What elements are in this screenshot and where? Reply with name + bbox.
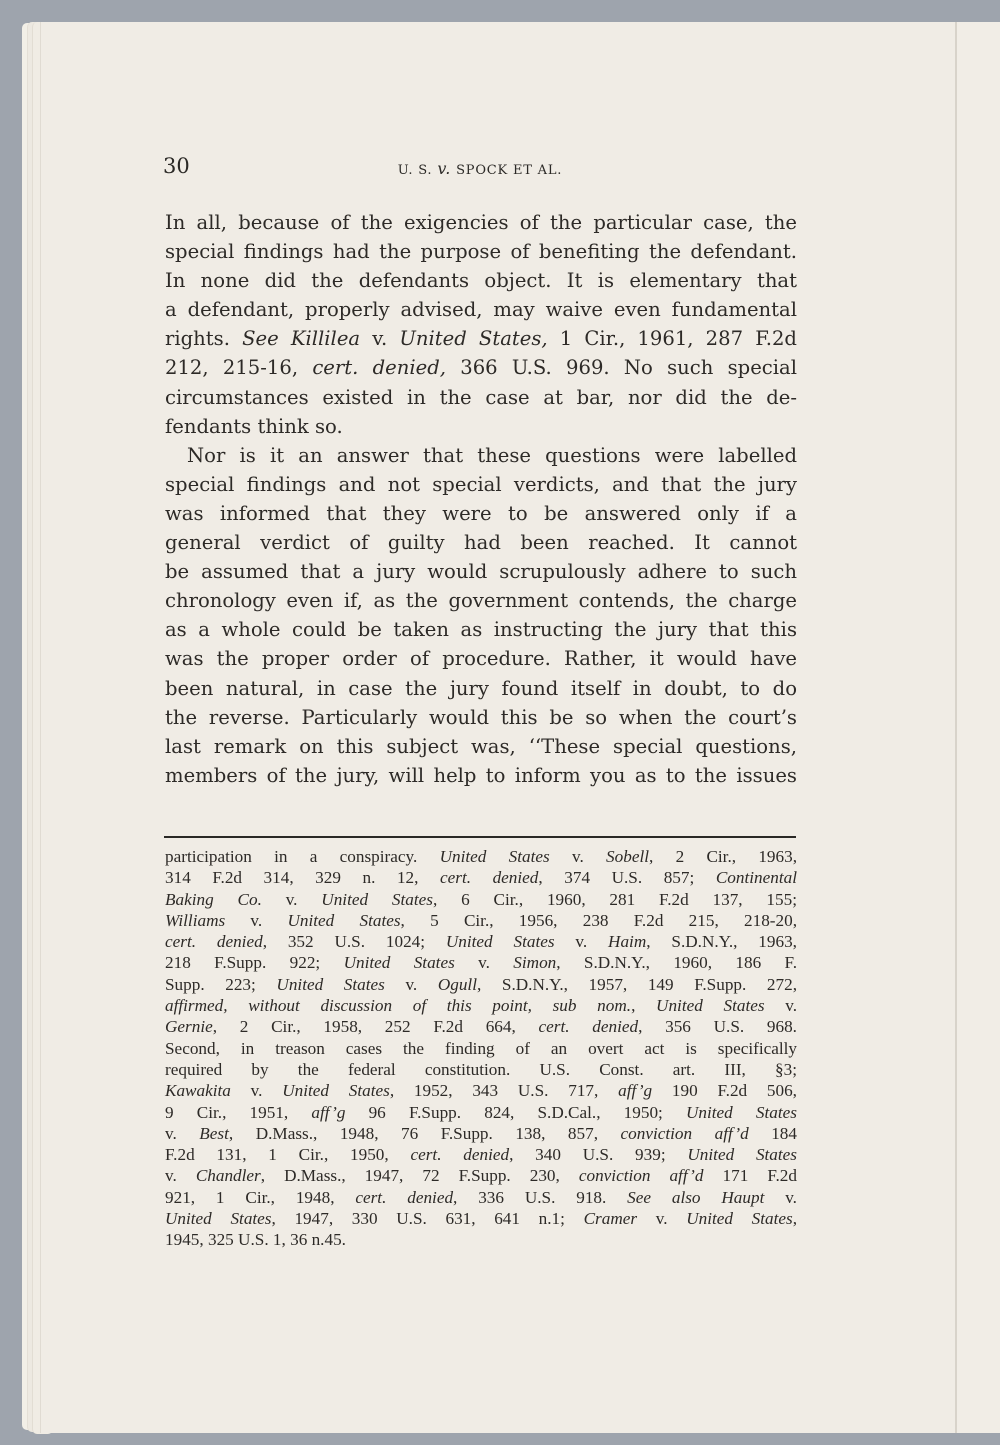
text: , <box>793 1209 797 1228</box>
italic-text: Williams <box>165 911 225 930</box>
text: general verdict of guilty had been reach… <box>165 531 797 554</box>
italic-text: Simon <box>513 953 556 972</box>
text: , 374 U.S. 857; <box>538 868 715 887</box>
text: 921, 1 Cir., 1948, <box>165 1188 355 1207</box>
body-line: general verdict of guilty had been reach… <box>165 528 797 557</box>
footnote-line: participation in a conspiracy. United St… <box>165 846 797 867</box>
text: , 1947, 330 U.S. 631, 641 n.1; <box>272 1209 584 1228</box>
body-line: circumstances existed in the case at bar… <box>165 383 797 412</box>
italic-text: United States <box>440 847 550 866</box>
text: v. <box>262 890 321 909</box>
italic-text: Continental <box>716 868 797 887</box>
italic-text: Gernie <box>165 1017 213 1036</box>
footnote-line: Kawakita v. United States, 1952, 343 U.S… <box>165 1080 797 1101</box>
text: Second, in treason cases the finding of … <box>165 1039 797 1058</box>
text: , 2 Cir., 1963, <box>649 847 797 866</box>
text: 9 Cir., 1951, <box>165 1103 311 1122</box>
text: Nor is it an answer that these questions… <box>187 444 797 467</box>
body-line: Nor is it an answer that these questions… <box>165 441 797 470</box>
footnote-line: Supp. 223; United States v. Ogull, S.D.N… <box>165 974 797 995</box>
text: 212, 215-16, <box>165 356 312 379</box>
footnote-line: Baking Co. v. United States, 6 Cir., 196… <box>165 889 797 910</box>
body-line: as a whole could be taken as instructing… <box>165 615 797 644</box>
text: , 5 Cir., 1956, 238 F.2d 215, 218-20, <box>401 911 797 930</box>
body-line: a defendant, properly advised, may waive… <box>165 295 797 324</box>
text: special findings and not special verdict… <box>165 473 797 496</box>
body-line: In all, because of the exigencies of the… <box>165 208 797 237</box>
running-head-title: U. S. v. SPOCK ET AL. <box>163 159 797 178</box>
italic-text: Best <box>199 1124 229 1143</box>
text: the reverse. Particularly would this be … <box>165 706 797 729</box>
footnote-divider <box>164 836 796 838</box>
text: , 340 U.S. 939; <box>509 1145 687 1164</box>
text: v. <box>550 847 606 866</box>
italic-text: Baking Co. <box>165 890 262 909</box>
italic-text: Ogull <box>438 975 477 994</box>
body-line: the reverse. Particularly would this be … <box>165 703 797 732</box>
footnote-line: v. Best, D.Mass., 1948, 76 F.Supp. 138, … <box>165 1123 797 1144</box>
running-head-part: U. S. <box>398 163 438 178</box>
body-line: been natural, in case the jury found its… <box>165 674 797 703</box>
italic-text: United States, <box>399 327 547 350</box>
body-line: last remark on this subject was, ‘‘These… <box>165 732 797 761</box>
text: 1945, 325 U.S. 1, 36 n.45. <box>165 1230 346 1249</box>
italic-text: United States <box>282 1081 390 1100</box>
text: chronology even if, as the government co… <box>165 589 797 612</box>
footnote-line: 1945, 325 U.S. 1, 36 n.45. <box>165 1229 797 1250</box>
running-head: 30 U. S. v. SPOCK ET AL. <box>163 150 797 180</box>
italic-text: cert. denied <box>539 1017 639 1036</box>
text: 1 Cir., 1961, 287 F.2d <box>548 327 797 350</box>
footnote-line: required by the federal constitution. U.… <box>165 1059 797 1080</box>
text: circumstances existed in the case at bar… <box>165 386 797 409</box>
text: fendants think so. <box>165 415 343 438</box>
italic-text: United States <box>321 890 433 909</box>
text: v. <box>360 327 399 350</box>
text: , S.D.N.Y., 1957, 149 F.Supp. 272, <box>477 975 797 994</box>
text: , D.Mass., 1947, 72 F.Supp. 230, <box>261 1166 579 1185</box>
italic-text: cert. denied <box>165 932 263 951</box>
running-head-versus: v. <box>437 159 451 178</box>
text: , 1952, 343 U.S. 717, <box>390 1081 618 1100</box>
body-line: chronology even if, as the government co… <box>165 586 797 615</box>
text: , D.Mass., 1948, 76 F.Supp. 138, 857, <box>229 1124 621 1143</box>
footnote-line: Williams v. United States, 5 Cir., 1956,… <box>165 910 797 931</box>
italic-text: United States <box>686 1103 797 1122</box>
italic-text: aff’g <box>311 1103 345 1122</box>
text: v. <box>165 1166 196 1185</box>
italic-text: Sobell <box>606 847 649 866</box>
body-line: was informed that they were to be answer… <box>165 499 797 528</box>
body-line: special findings had the purpose of bene… <box>165 237 797 266</box>
text: 171 F.2d <box>704 1166 798 1185</box>
body-text: In all, because of the exigencies of the… <box>165 208 797 790</box>
text: last remark on this subject was, ‘‘These… <box>165 735 797 758</box>
footnote-line: Second, in treason cases the finding of … <box>165 1038 797 1059</box>
italic-text: aff’g <box>618 1081 652 1100</box>
body-line: be assumed that a jury would scrupulousl… <box>165 557 797 586</box>
italic-text: United States <box>446 932 555 951</box>
italic-text: conviction aff’d <box>579 1166 704 1185</box>
text: been natural, in case the jury found its… <box>165 677 797 700</box>
text: participation in a conspiracy. <box>165 847 440 866</box>
text: , <box>631 996 656 1015</box>
italic-text: Haim <box>608 932 646 951</box>
text: 190 F.2d 506, <box>652 1081 797 1100</box>
italic-text: conviction aff’d <box>621 1124 749 1143</box>
text: v. <box>385 975 438 994</box>
italic-text: Cramer <box>584 1209 637 1228</box>
body-line: rights. See Killilea v. United States, 1… <box>165 324 797 353</box>
text: , 2 Cir., 1958, 252 F.2d 664, <box>213 1017 539 1036</box>
italic-text: affirmed, without discussion of this poi… <box>165 996 631 1015</box>
italic-text: United States <box>686 1209 793 1228</box>
facing-page-edge <box>957 22 1000 1433</box>
italic-text: cert. denied <box>440 868 538 887</box>
footnote-line: 921, 1 Cir., 1948, cert. denied, 336 U.S… <box>165 1187 797 1208</box>
text: was informed that they were to be answer… <box>165 502 797 525</box>
footnote-line: cert. denied, 352 U.S. 1024; United Stat… <box>165 931 797 952</box>
text: 366 U.S. 969. No such special <box>446 356 797 379</box>
footnote-line: United States, 1947, 330 U.S. 631, 641 n… <box>165 1208 797 1229</box>
text: , 6 Cir., 1960, 281 F.2d 137, 155; <box>433 890 797 909</box>
text: required by the federal constitution. U.… <box>165 1060 797 1079</box>
text: a defendant, properly advised, may waive… <box>165 298 797 321</box>
italic-text: cert. denied <box>355 1188 453 1207</box>
text: v. <box>764 1188 797 1207</box>
text: 184 <box>749 1124 797 1143</box>
italic-text: Chandler <box>196 1166 261 1185</box>
text: 218 F.Supp. 922; <box>165 953 344 972</box>
text: rights. <box>165 327 242 350</box>
text: In none did the defendants object. It is… <box>165 269 797 292</box>
footnote-line: 9 Cir., 1951, aff’g 96 F.Supp. 824, S.D.… <box>165 1102 797 1123</box>
text: Supp. 223; <box>165 975 276 994</box>
footnote-line: Gernie, 2 Cir., 1958, 252 F.2d 664, cert… <box>165 1016 797 1037</box>
footnote-line: 218 F.Supp. 922; United States v. Simon,… <box>165 952 797 973</box>
italic-text: United States <box>656 996 765 1015</box>
body-line: In none did the defendants object. It is… <box>165 266 797 295</box>
text: as a whole could be taken as instructing… <box>165 618 797 641</box>
footnote-line: 314 F.2d 314, 329 n. 12, cert. denied, 3… <box>165 867 797 888</box>
text: be assumed that a jury would scrupulousl… <box>165 560 797 583</box>
body-line: special findings and not special verdict… <box>165 470 797 499</box>
text: v. <box>555 932 608 951</box>
italic-text: See also Haupt <box>627 1188 764 1207</box>
footnote-line: v. Chandler, D.Mass., 1947, 72 F.Supp. 2… <box>165 1165 797 1186</box>
text: v. <box>231 1081 282 1100</box>
text: v. <box>637 1209 686 1228</box>
text: , 352 U.S. 1024; <box>263 932 446 951</box>
text: , 336 U.S. 918. <box>453 1188 627 1207</box>
text: special findings had the purpose of bene… <box>165 240 797 263</box>
text: , S.D.N.Y., 1963, <box>646 932 797 951</box>
italic-text: cert. denied <box>410 1145 509 1164</box>
text: 96 F.Supp. 824, S.D.Cal., 1950; <box>345 1103 686 1122</box>
text: v. <box>165 1124 199 1143</box>
italic-text: United States <box>687 1145 797 1164</box>
text: , 356 U.S. 968. <box>638 1017 797 1036</box>
text: , S.D.N.Y., 1960, 186 F. <box>556 953 797 972</box>
text: 314 F.2d 314, 329 n. 12, <box>165 868 440 887</box>
text: In all, because of the exigencies of the… <box>165 211 797 234</box>
italic-text: United States <box>287 911 400 930</box>
body-line: 212, 215-16, cert. denied, 366 U.S. 969.… <box>165 353 797 382</box>
text: v. <box>455 953 514 972</box>
italic-text: cert. denied, <box>312 356 446 379</box>
text: was the proper order of procedure. Rathe… <box>165 647 797 670</box>
italic-text: United States <box>276 975 384 994</box>
running-head-part: SPOCK ET AL. <box>451 163 562 178</box>
italic-text: Kawakita <box>165 1081 231 1100</box>
footnotes: participation in a conspiracy. United St… <box>165 846 797 1251</box>
body-line: was the proper order of procedure. Rathe… <box>165 644 797 673</box>
body-line: fendants think so. <box>165 412 797 441</box>
italic-text: See Killilea <box>242 327 360 350</box>
footnote-line: affirmed, without discussion of this poi… <box>165 995 797 1016</box>
footnote-line: F.2d 131, 1 Cir., 1950, cert. denied, 34… <box>165 1144 797 1165</box>
italic-text: United States <box>344 953 455 972</box>
text: members of the jury, will help to inform… <box>165 764 797 787</box>
text: v. <box>765 996 797 1015</box>
text: v. <box>225 911 287 930</box>
italic-text: United States <box>165 1209 272 1228</box>
body-line: members of the jury, will help to inform… <box>165 761 797 790</box>
text: F.2d 131, 1 Cir., 1950, <box>165 1145 410 1164</box>
